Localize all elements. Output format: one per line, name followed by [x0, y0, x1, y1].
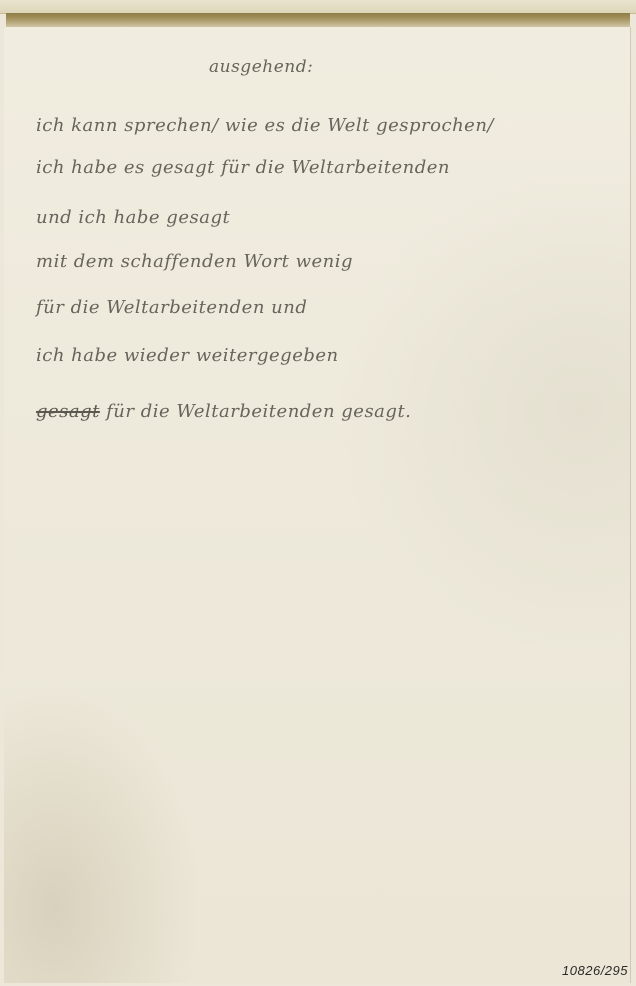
- text-line-1: ich kann sprechen/ wie es die Welt gespr…: [36, 115, 494, 136]
- text-line-7: gesagt für die Weltarbeitenden gesagt.: [36, 401, 411, 422]
- text-line-7-rest: für die Weltarbeitenden gesagt.: [100, 401, 412, 422]
- archive-number: 10826/295: [562, 963, 628, 978]
- manuscript-page: ausgehend: ich kann sprechen/ wie es die…: [0, 0, 636, 986]
- binding-shadow: [6, 13, 630, 27]
- text-line-4: mit dem schaffenden Wort wenig: [36, 251, 353, 272]
- text-line-3: und ich habe gesagt: [36, 207, 230, 228]
- text-line-6: ich habe wieder weitergegeben: [36, 345, 339, 366]
- text-line-2: ich habe es gesagt für die Weltarbeitend…: [36, 157, 450, 178]
- paper-sheet: ausgehend: ich kann sprechen/ wie es die…: [4, 27, 631, 983]
- notepad-top-strip: [0, 0, 636, 14]
- text-line-5: für die Weltarbeitenden und: [36, 297, 307, 318]
- page-heading: ausgehend:: [209, 57, 313, 77]
- struck-word: gesagt: [36, 401, 100, 422]
